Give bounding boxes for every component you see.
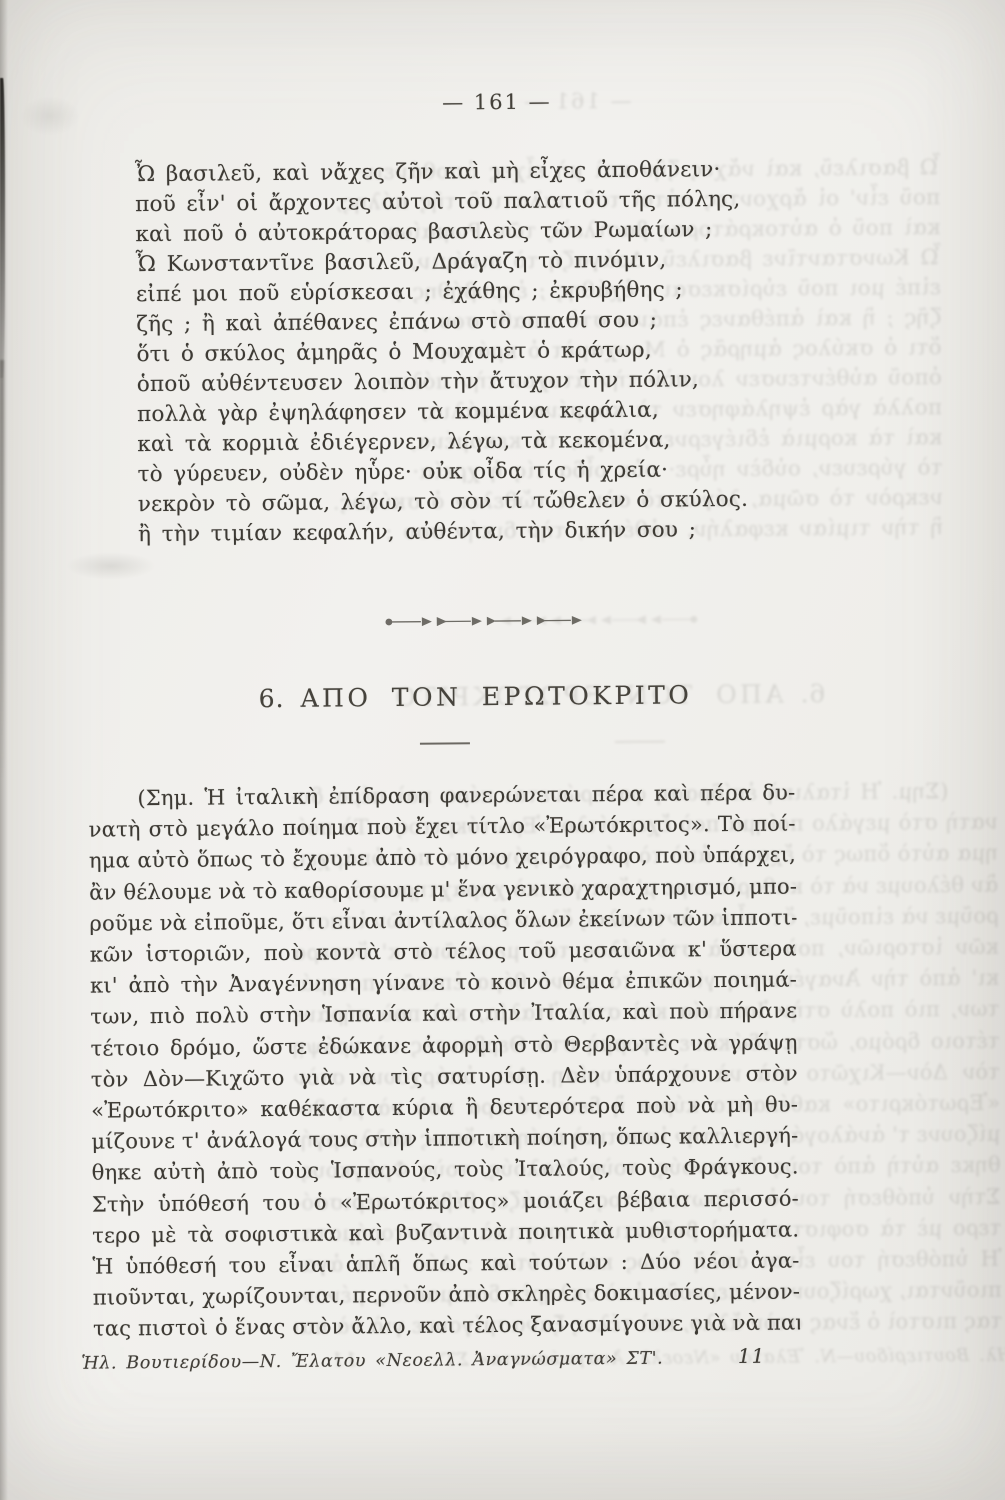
- poem-line: ἢ τὴν τιμίαν κεφαλήν, αὐθέντα, τὴν δικήν…: [138, 515, 748, 550]
- section-heading: 6.ΑΠΟ ΤΟΝ ΕΡΩΤΟΚΡΙΤΟ: [0, 678, 952, 715]
- page-content: — 161 — Ὦ βασιλεῦ, καὶ νἄχες ζῆν καὶ μὴ …: [0, 0, 1005, 1500]
- poem-line: ζῆς ; ἢ καὶ ἀπέθανες ἐπάνω στὸ σπαθί σου…: [136, 305, 746, 340]
- heading-rule: [420, 742, 470, 744]
- footer-signature-number: 11: [738, 1344, 766, 1368]
- section-divider: [383, 611, 583, 631]
- arrow-chain-divider-icon: [383, 611, 583, 631]
- poem-block: Ὦ βασιλεῦ, καὶ νἄχες ζῆν καὶ μὴ εἶχες ἀπ…: [135, 155, 749, 550]
- section-number: 6.: [259, 684, 285, 713]
- page-footer: Ἡλ. Βουτιερίδου—Ν. Ἔλατου «Νεοελλ. Ἀναγν…: [81, 1344, 765, 1374]
- scanned-book-page: — 161 — Ὦ βασιλεῦ, καὶ νἄχες ζῆν καὶ μὴ …: [0, 0, 1005, 1500]
- scan-binding-artifact-fade: [0, 360, 4, 780]
- page-sheet: — 161 — Ὦ βασιλεῦ, καὶ νἄχες ζῆν καὶ μὴ …: [0, 0, 1005, 1500]
- note-paragraph: (Σημ. Ἡ ἰταλικὴ ἐπίδραση φανερώνεται πέρ…: [88, 777, 800, 1345]
- scan-binding-artifact: [0, 78, 5, 378]
- footer-credit: Ἡλ. Βουτιερίδου—Ν. Ἔλατου «Νεοελλ. Ἀναγν…: [81, 1349, 663, 1374]
- page-number-header: — 161 —: [0, 86, 999, 119]
- note-line: τας πιστοὶ ὁ ἕνας στὸν ἄλλο, καὶ τέλος ξ…: [93, 1308, 800, 1345]
- section-title: ΑΠΟ ΤΟΝ ΕΡΩΤΟΚΡΙΤΟ: [300, 680, 692, 712]
